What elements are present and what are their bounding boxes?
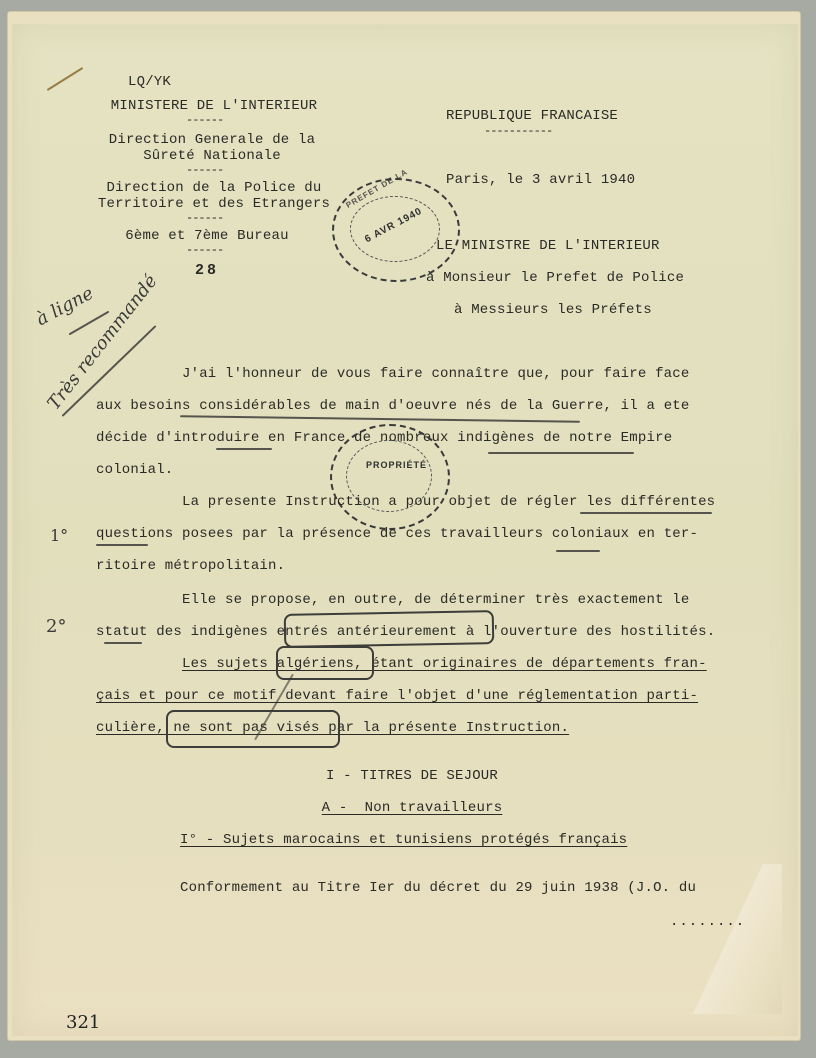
section-title: I - TITRES DE SEJOUR <box>262 768 562 784</box>
place-date: Paris, le 3 avril 1940 <box>446 172 635 188</box>
folio-number: 321 <box>66 1012 100 1033</box>
ministry-name: MINISTERE DE L'INTERIEUR <box>98 98 330 114</box>
pencil-underline <box>556 550 600 552</box>
bureau: 6ème et 7ème Bureau <box>96 228 318 244</box>
margin-number-1: 1° <box>50 526 68 545</box>
cabinet-prefet-stamp: 6 AVR 1940 PREFET DE LA <box>332 178 460 282</box>
pencil-circle-entres <box>284 610 495 648</box>
body-line: questions posees par la présence de ces … <box>96 526 698 542</box>
surete-nationale: Sûreté Nationale <box>96 148 328 164</box>
archives-stamp: PROPRIÉTÉ <box>330 424 450 530</box>
subsection-a: A - Non travailleurs <box>262 800 562 816</box>
separator: ------ <box>186 163 223 177</box>
underlined-text: I° - Sujets marocains et tunisiens proté… <box>180 832 627 848</box>
pencil-circle-ne-sont-pas-vises <box>166 710 340 748</box>
underlined-text: çais et pour ce motif devant faire l'obj… <box>96 688 698 704</box>
separator: ------ <box>186 113 223 127</box>
stamp-center-text: PROPRIÉTÉ <box>366 460 427 470</box>
continuation-dots: ........ <box>670 914 745 930</box>
separator: ------ <box>186 211 223 225</box>
body-line: colonial. <box>96 462 173 478</box>
sender: LE MINISTRE DE L'INTERIEUR <box>436 238 660 254</box>
underlined-text: Les sujets algériens, étant originaires … <box>182 656 707 672</box>
direction-police: Direction de la Police du <box>96 180 332 196</box>
reference-code: LQ/YK <box>128 74 171 90</box>
body-line: Les sujets algériens, étant originaires … <box>182 656 707 672</box>
direction-generale: Direction Generale de la <box>96 132 328 148</box>
pencil-underline <box>488 452 634 454</box>
body-line: aux besoins considérables de main d'oeuv… <box>96 398 690 414</box>
subsection-1: I° - Sujets marocains et tunisiens proté… <box>180 832 627 848</box>
territoire-etrangers: Territoire et des Etrangers <box>94 196 334 212</box>
body-line: ritoire métropolitain. <box>96 558 285 574</box>
body-line: çais et pour ce motif devant faire l'obj… <box>96 688 698 704</box>
underlined-text: A - Non travailleurs <box>322 800 503 816</box>
document-number: 28 <box>96 262 318 279</box>
body-line: Elle se propose, en outre, de déterminer… <box>182 592 689 608</box>
body-line: Conformement au Titre Ier du décret du 2… <box>180 880 696 896</box>
republic-heading: REPUBLIQUE FRANCAISE <box>446 108 618 124</box>
pencil-underline <box>580 512 712 514</box>
separator: ------ <box>186 243 223 257</box>
pencil-underline <box>104 642 142 644</box>
pencil-underline <box>216 448 272 450</box>
margin-number-2: 2° <box>46 616 66 637</box>
body-line: J'ai l'honneur de vous faire connaître q… <box>182 366 689 382</box>
recipient-prefet-police: à Monsieur le Prefet de Police <box>426 270 684 286</box>
pencil-underline <box>96 544 148 546</box>
body-line: La presente Instruction a pour objet de … <box>182 494 715 510</box>
recipient-prefets: à Messieurs les Préfets <box>454 302 652 318</box>
separator: ----------- <box>484 124 552 138</box>
